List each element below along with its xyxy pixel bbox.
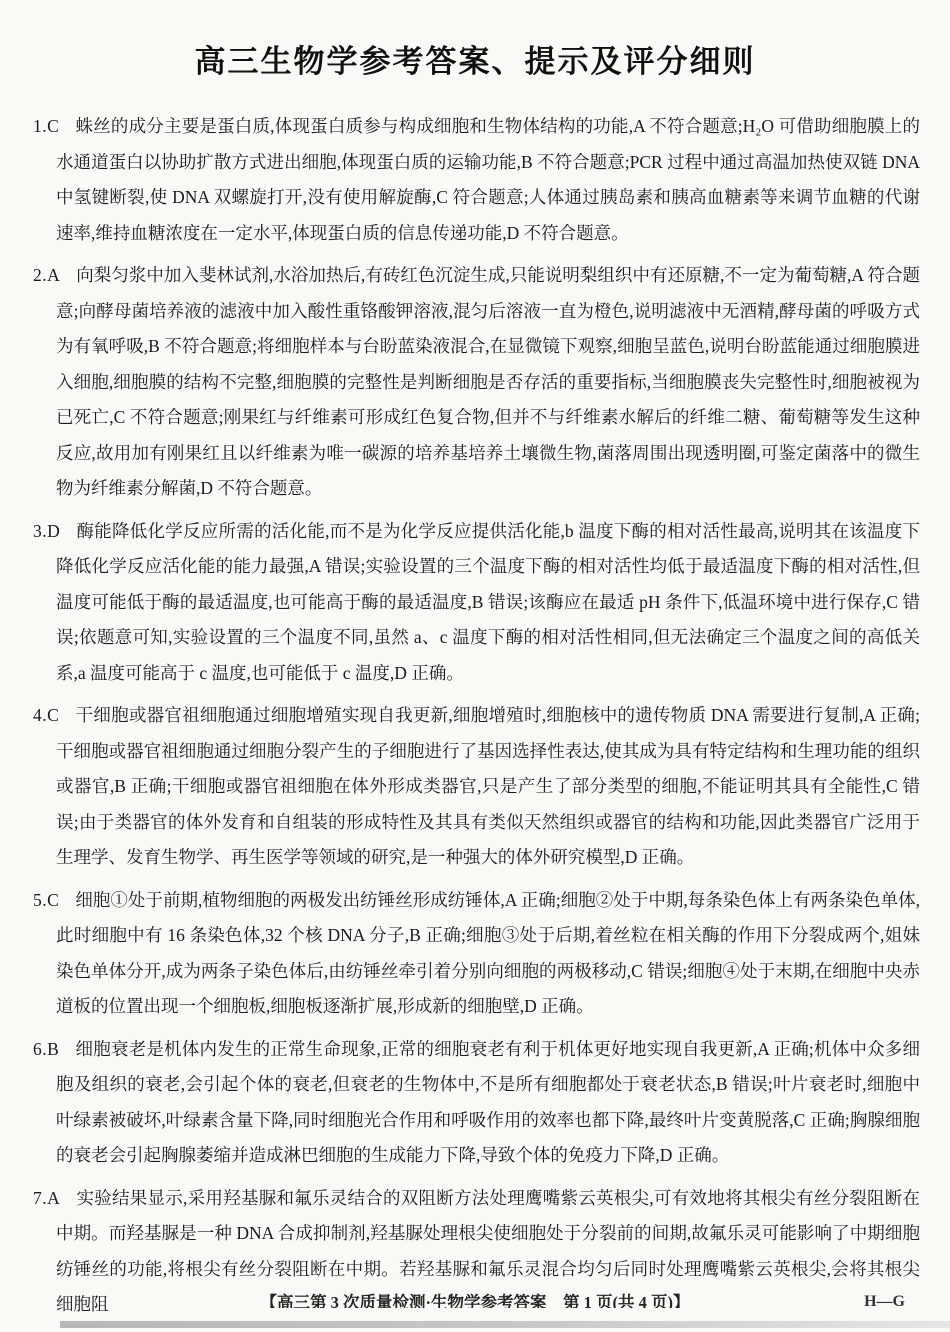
answer-item-5: 5.C细胞①处于前期,植物细胞的两极发出纺锤丝形成纺锤体,A 正确;细胞②处于中… xyxy=(33,883,920,1025)
answer-item-2-text: 向梨匀浆中加入斐林试剂,水浴加热后,有砖红色沉淀生成,只能说明梨组织中有还原糖,… xyxy=(56,265,920,498)
answer-item-3: 3.D酶能降低化学反应所需的活化能,而不是为化学反应提供活化能,b 温度下酶的相… xyxy=(33,514,920,692)
answer-item-3-label: 3.D xyxy=(33,521,60,541)
answer-item-1: 1.C蛛丝的成分主要是蛋白质,体现蛋白质参与构成细胞和生物体结构的功能,A 不符… xyxy=(33,109,920,251)
answer-item-4-label: 4.C xyxy=(33,705,59,725)
answer-item-5-label: 5.C xyxy=(33,890,59,910)
answer-item-2: 2.A向梨匀浆中加入斐林试剂,水浴加热后,有砖红色沉淀生成,只能说明梨组织中有还… xyxy=(33,258,920,507)
answer-item-5-text: 细胞①处于前期,植物细胞的两极发出纺锤丝形成纺锤体,A 正确;细胞②处于中期,每… xyxy=(56,890,920,1017)
footer-version-code: H—G xyxy=(864,1293,905,1306)
answer-item-6-text: 细胞衰老是机体内发生的正常生命现象,正常的细胞衰老有利于机体更好地实现自我更新,… xyxy=(56,1039,920,1166)
answer-item-6-label: 6.B xyxy=(33,1039,59,1059)
answer-item-2-label: 2.A xyxy=(33,265,60,285)
answer-item-4: 4.C干细胞或器官祖细胞通过细胞增殖实现自我更新,细胞增殖时,细胞核中的遗传物质… xyxy=(33,698,920,876)
answer-item-6: 6.B细胞衰老是机体内发生的正常生命现象,正常的细胞衰老有利于机体更好地实现自我… xyxy=(33,1032,920,1174)
answer-item-1-label: 1.C xyxy=(33,116,59,136)
answer-item-7-label: 7.A xyxy=(33,1188,60,1208)
answer-list: 1.C蛛丝的成分主要是蛋白质,体现蛋白质参与构成细胞和生物体结构的功能,A 不符… xyxy=(33,109,920,1323)
answer-item-3-text: 酶能降低化学反应所需的活化能,而不是为化学反应提供活化能,b 温度下酶的相对活性… xyxy=(56,521,920,683)
document-page: 高三生物学参考答案、提示及评分细则 1.C蛛丝的成分主要是蛋白质,体现蛋白质参与… xyxy=(0,0,950,1332)
footer-page-info: 【高三第 3 次质量检测·生物学参考答案 第 1 页(共 4 页)】 xyxy=(0,1293,950,1308)
answer-item-1-text: 蛛丝的成分主要是蛋白质,体现蛋白质参与构成细胞和生物体结构的功能,A 不符合题意… xyxy=(56,116,920,243)
answer-item-4-text: 干细胞或器官祖细胞通过细胞增殖实现自我更新,细胞增殖时,细胞核中的遗传物质 DN… xyxy=(56,705,920,867)
page-title: 高三生物学参考答案、提示及评分细则 xyxy=(0,36,950,81)
scan-edge-shadow xyxy=(60,1321,950,1328)
